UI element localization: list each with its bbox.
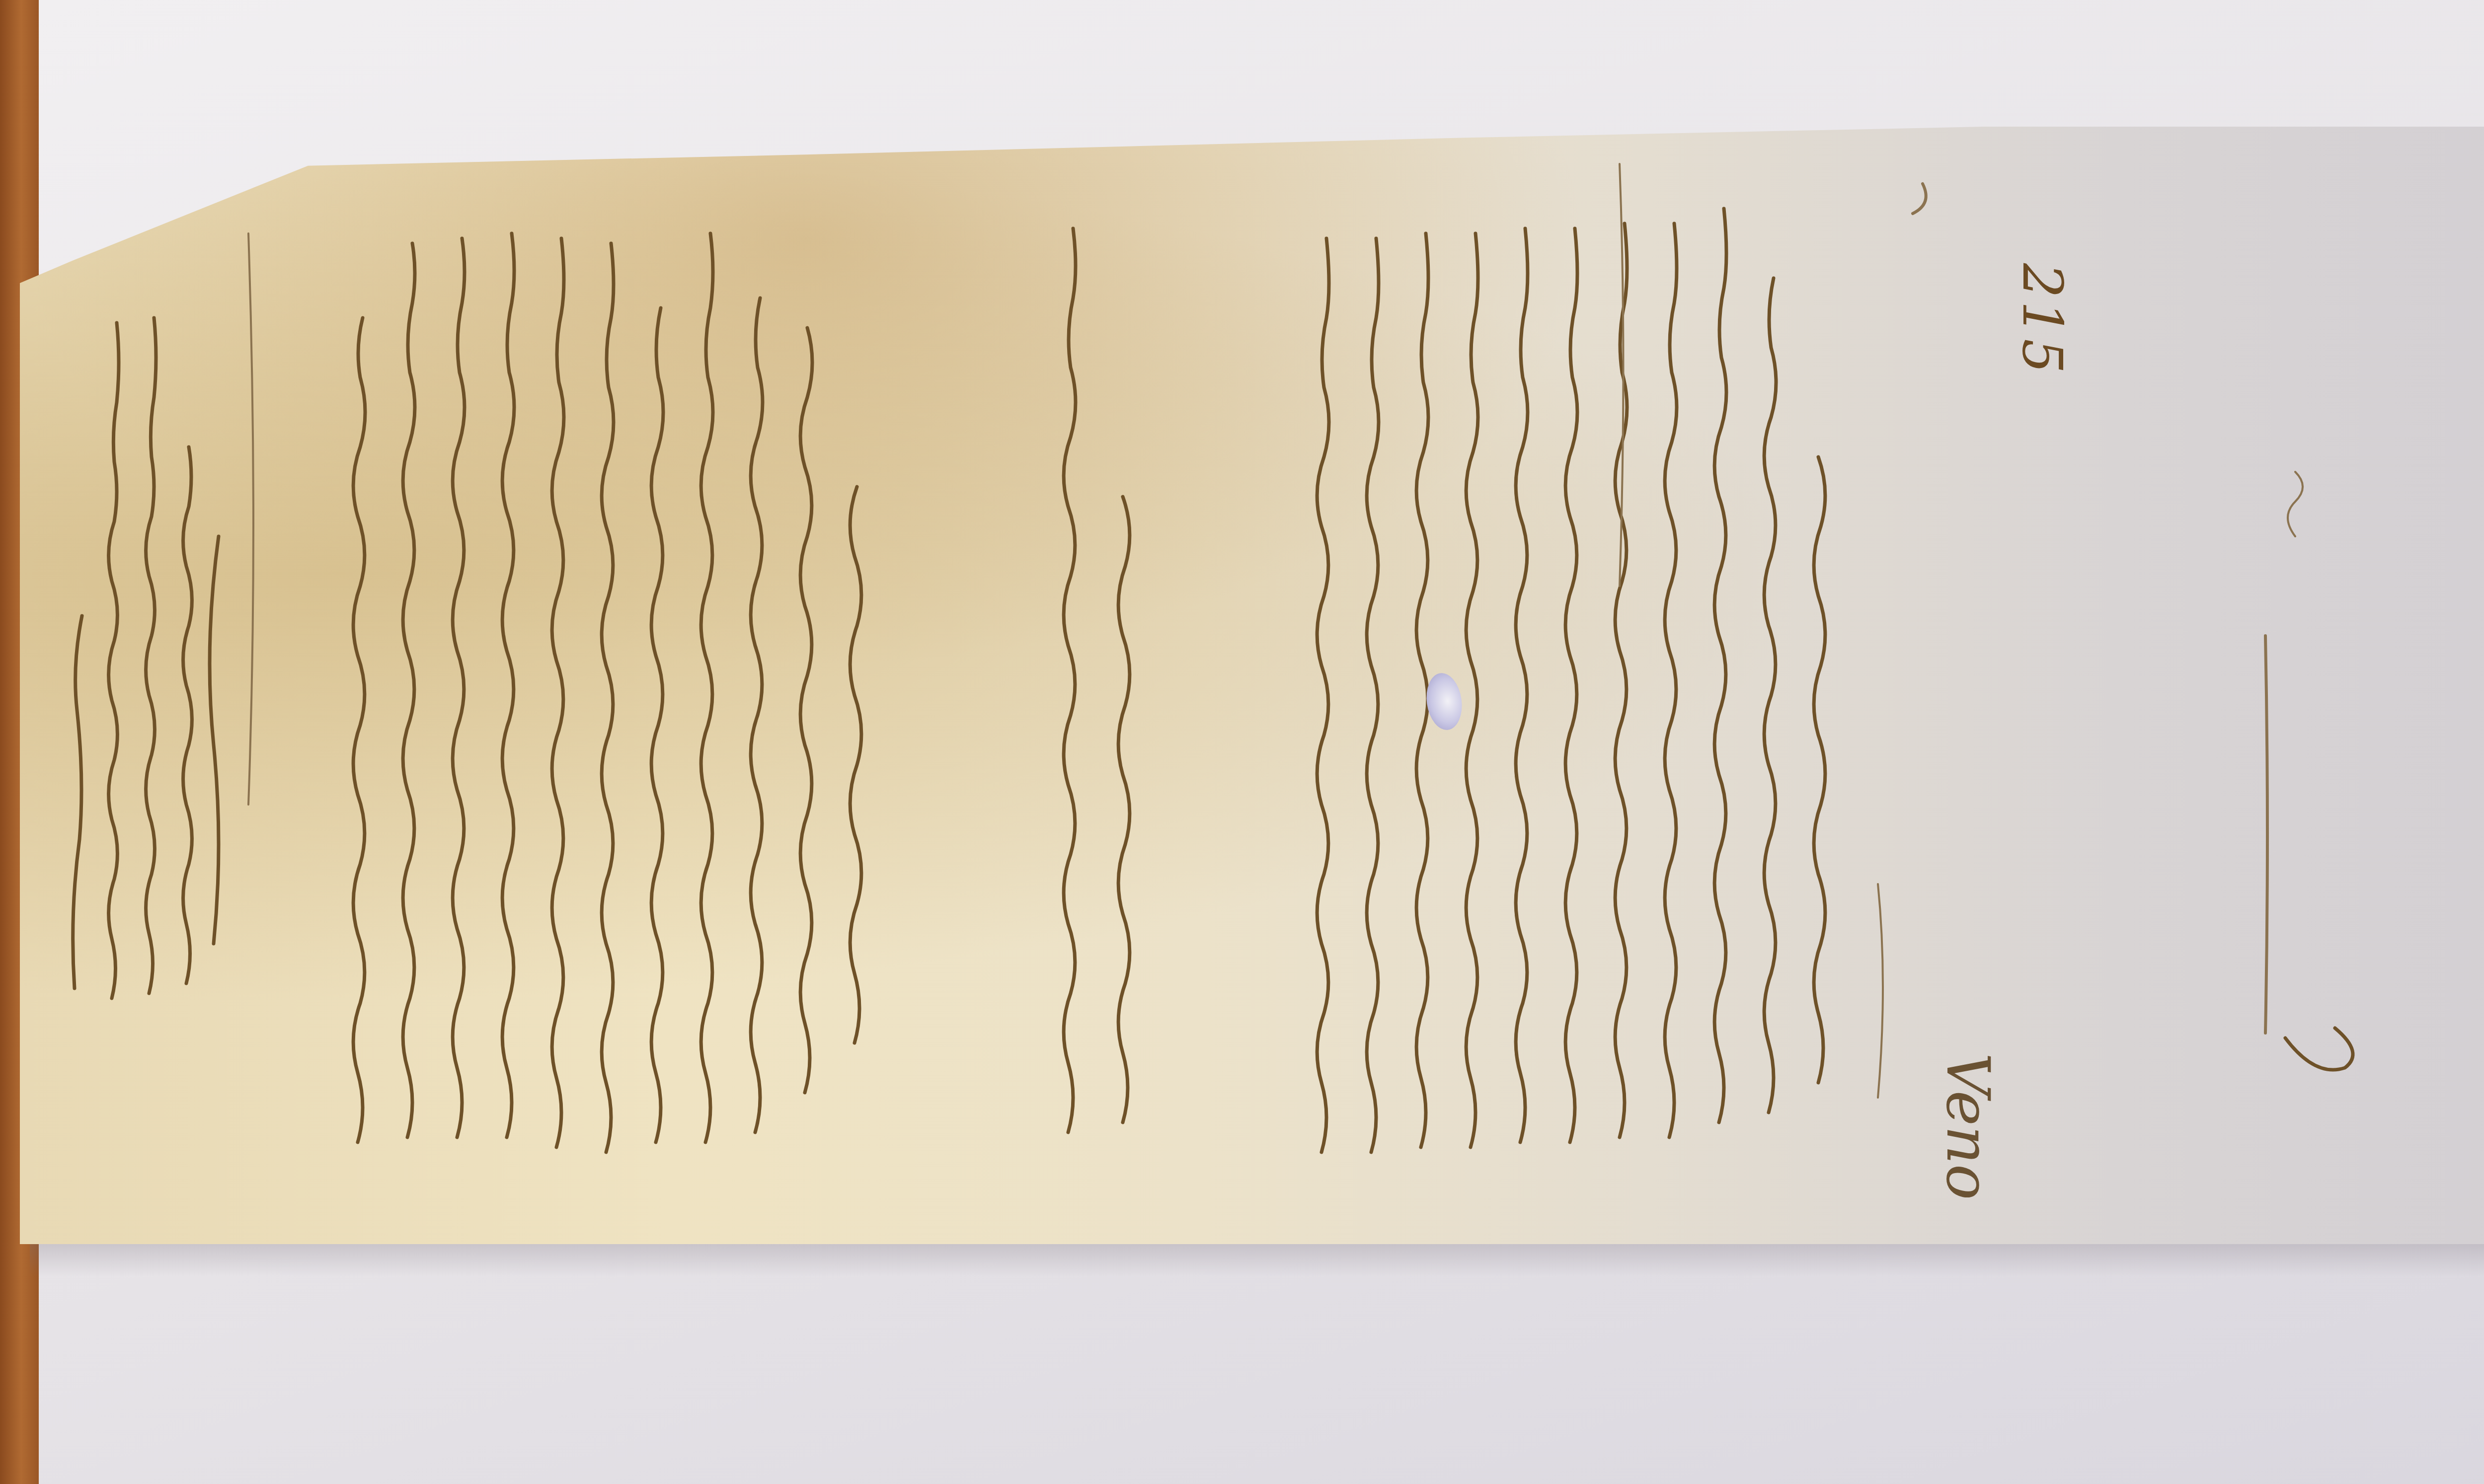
handwriting-strokes	[0, 0, 2484, 1484]
main-paragraph-1	[353, 233, 861, 1152]
main-paragraph-3	[1317, 209, 1825, 1152]
heading-block	[73, 318, 219, 998]
marginal-note: Veno	[1933, 1053, 2002, 1200]
signature-flourish	[2285, 1028, 2353, 1070]
main-paragraph-2	[1064, 228, 1130, 1132]
folio-number: 215	[2011, 263, 2074, 376]
